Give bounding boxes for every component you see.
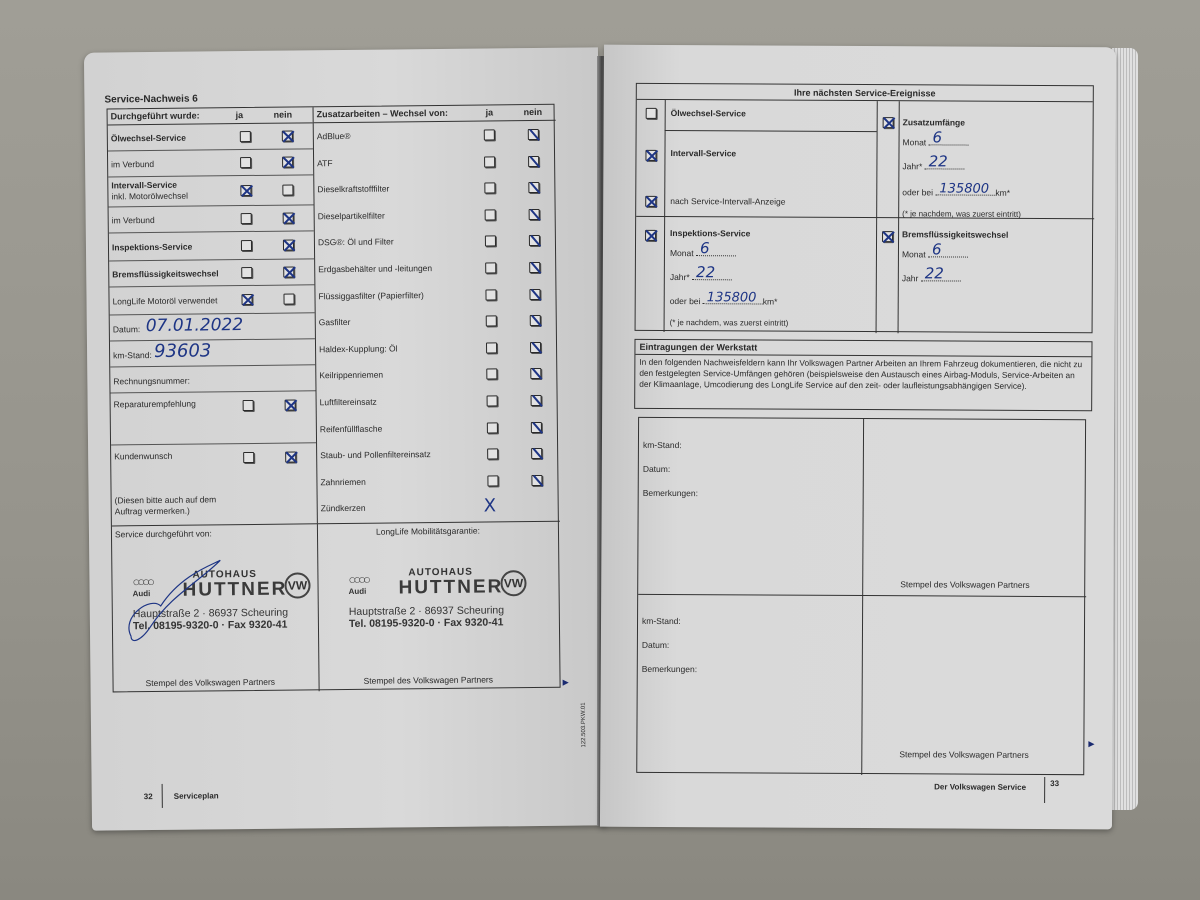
ja-checkbox[interactable] xyxy=(487,449,498,460)
brems-checkbox[interactable] xyxy=(882,231,893,242)
reparatur-ja-checkbox[interactable] xyxy=(243,400,254,411)
kundenwunsch-note: (Diesen bitte auch auf dem Auftrag verme… xyxy=(115,494,235,517)
longlife-dealer-stamp: ○○○○ Audi AUTOHAUS HUTTNER VW Hauptstraß… xyxy=(348,570,539,630)
kundenwunsch-nein-checkbox[interactable] xyxy=(285,452,296,463)
performed-column: Durchgeführt wurde: ja nein Ölwechsel-Se… xyxy=(108,107,318,525)
ja-checkbox[interactable] xyxy=(240,157,251,168)
extra-work-row: Flüssiggasfilter (Papierfilter) xyxy=(315,280,557,309)
nein-checkbox[interactable] xyxy=(529,209,540,220)
page-number: 33 xyxy=(1050,779,1059,788)
nein-checkbox[interactable] xyxy=(528,156,539,167)
vw-logo-icon: VW xyxy=(284,572,310,598)
reparaturempfehlung-row: Reparaturempfehlung xyxy=(111,391,317,445)
next-service-title: Ihre nächsten Service-Ereignisse xyxy=(637,84,1093,102)
service-by-stamp-area: Service durchgeführt von: ○○○○ Audi AUTO… xyxy=(112,523,320,693)
nein-checkbox[interactable] xyxy=(283,294,294,305)
reparatur-nein-checkbox[interactable] xyxy=(285,400,296,411)
zusatz-jahr[interactable]: 22 xyxy=(929,152,948,170)
nein-checkbox[interactable] xyxy=(282,157,293,168)
performed-row: Ölwechsel-Service xyxy=(108,123,313,151)
nein-checkbox[interactable] xyxy=(529,262,540,273)
nein-checkbox[interactable] xyxy=(282,131,293,142)
longlife-stamp-area: LongLife Mobilitätsgarantie: ○○○○ Audi A… xyxy=(318,521,562,692)
ja-checkbox[interactable] xyxy=(485,262,496,273)
performed-row: im Verbund xyxy=(109,205,314,233)
ja-checkbox[interactable] xyxy=(485,289,496,300)
extra-work-row: Keilrippenriemen xyxy=(316,360,558,389)
doc-code: 122.503.PKW.01 xyxy=(581,702,587,747)
extra-work-row: Luftfiltereinsatz xyxy=(316,387,558,416)
service-record-title: Service-Nachweis 6 xyxy=(104,94,198,106)
extra-work-row: Dieselkraftstofffilter xyxy=(314,174,556,203)
extra-work-row: Haldex-Kupplung: Öl xyxy=(316,334,558,363)
brems-monat[interactable]: 6 xyxy=(932,240,942,258)
zusatz-km[interactable]: 135800 xyxy=(939,181,989,196)
right-page: Ihre nächsten Service-Ereignisse Ölwechs… xyxy=(600,45,1116,830)
inspektion-monat[interactable]: 6 xyxy=(700,239,710,257)
werkstatt-entries: km-Stand: Datum: Bemerkungen: Stempel de… xyxy=(636,417,1086,775)
ja-checkbox[interactable] xyxy=(486,369,497,380)
nein-checkbox[interactable] xyxy=(529,289,540,300)
extra-work-row: Gasfilter xyxy=(316,307,558,336)
ja-checkbox[interactable] xyxy=(485,236,496,247)
nein-checkbox[interactable] xyxy=(529,235,540,246)
ja-checkbox[interactable] xyxy=(241,213,252,224)
oelwechsel-checkbox[interactable] xyxy=(646,108,657,119)
ja-checkbox[interactable] xyxy=(487,422,498,433)
inspektion-jahr[interactable]: 22 xyxy=(696,263,715,281)
km-stand-value[interactable]: 93603 xyxy=(154,340,211,362)
inspektion-checkbox[interactable] xyxy=(645,230,656,241)
next-arrow-icon: ▶ xyxy=(563,678,569,687)
nein-checkbox[interactable] xyxy=(283,267,294,278)
ja-checkbox[interactable] xyxy=(241,267,252,278)
ja-checkbox[interactable] xyxy=(484,129,495,140)
vw-logo-icon: VW xyxy=(500,570,526,596)
signature xyxy=(120,555,231,646)
nein-checkbox[interactable] xyxy=(282,185,293,196)
datum-value[interactable]: 07.01.2022 xyxy=(146,315,244,336)
extra-work-row: Zahnriemen xyxy=(317,466,559,495)
section-name: Der Volkswagen Service xyxy=(934,782,1026,791)
page-number: 32 xyxy=(144,792,153,801)
km-stand-row: km-Stand: 93603 xyxy=(110,339,315,367)
section-name: Serviceplan xyxy=(174,791,219,800)
ja-checkbox[interactable] xyxy=(240,185,251,196)
nein-checkbox[interactable] xyxy=(531,395,542,406)
extra-work-row: Staub- und Pollenfiltereinsatz xyxy=(317,440,559,469)
performed-row: Bremsflüssigkeitswechsel xyxy=(109,259,314,287)
ja-checkbox[interactable] xyxy=(486,316,497,327)
ja-checkbox[interactable] xyxy=(484,156,495,167)
extra-work-column: Zusatzarbeiten – Wechsel von: ja nein Ad… xyxy=(314,105,560,524)
nein-checkbox[interactable] xyxy=(531,475,542,486)
inspektion-km[interactable]: 135800 xyxy=(707,290,757,305)
ja-checkbox[interactable] xyxy=(484,183,495,194)
datum-row: Datum: 07.01.2022 xyxy=(110,313,315,341)
performed-row: Inspektions-Service xyxy=(109,231,314,261)
ja-checkbox[interactable] xyxy=(487,395,498,406)
intervall-checkbox[interactable] xyxy=(645,150,656,161)
performed-row: Intervall-Serviceinkl. Motorölwechsel xyxy=(108,175,313,207)
ja-checkbox[interactable] xyxy=(486,342,497,353)
nein-checkbox[interactable] xyxy=(530,315,541,326)
ja-checkbox[interactable] xyxy=(241,294,252,305)
nein-checkbox[interactable] xyxy=(530,368,541,379)
extra-work-row: Erdgasbehälter und -leitungen xyxy=(315,254,557,283)
nein-checkbox[interactable] xyxy=(283,240,294,251)
brems-jahr[interactable]: 22 xyxy=(925,264,944,282)
performed-row: LongLife Motoröl verwendet xyxy=(109,285,314,315)
extra-work-row: DSG®: Öl und Filter xyxy=(315,227,557,256)
nein-checkbox[interactable] xyxy=(531,448,542,459)
ja-checkbox[interactable] xyxy=(487,475,498,486)
extra-work-row: ATF xyxy=(314,147,556,176)
extra-work-row: ZündkerzenX xyxy=(318,493,560,522)
next-service-events: Ihre nächsten Service-Ereignisse Ölwechs… xyxy=(635,83,1094,333)
ja-checkbox[interactable] xyxy=(241,240,252,251)
service-record-form: Durchgeführt wurde: ja nein Ölwechsel-Se… xyxy=(107,104,561,693)
handwritten-x-mark: X xyxy=(484,496,497,517)
nein-checkbox[interactable] xyxy=(528,182,539,193)
next-arrow-icon: ▶ xyxy=(1088,739,1094,748)
nein-checkbox[interactable] xyxy=(530,342,541,353)
performed-row: im Verbund xyxy=(108,149,313,177)
extra-work-row: Dieselpartikelfilter xyxy=(315,201,557,230)
werkstatt-info: Eintragungen der Werkstatt In den folgen… xyxy=(634,339,1092,411)
extra-work-row: AdBlue® xyxy=(314,121,556,150)
zusatz-monat[interactable]: 6 xyxy=(933,128,943,146)
left-page: Service-Nachweis 6 Durchgeführt wurde: j… xyxy=(84,47,606,830)
kundenwunsch-row: Kundenwunsch (Diesen bitte auch auf dem … xyxy=(111,443,317,525)
intervall-anzeige-checkbox[interactable] xyxy=(645,196,656,207)
zusatz-checkbox[interactable] xyxy=(883,117,894,128)
extra-work-row: Reifenfüllflasche xyxy=(317,413,559,442)
ja-checkbox[interactable] xyxy=(240,131,251,142)
nein-checkbox[interactable] xyxy=(528,129,539,140)
page-stack-edge xyxy=(1112,48,1138,810)
ja-checkbox[interactable] xyxy=(485,209,496,220)
nein-checkbox[interactable] xyxy=(283,213,294,224)
rechnungsnummer-row: Rechnungsnummer: xyxy=(110,365,315,393)
nein-checkbox[interactable] xyxy=(531,421,542,432)
kundenwunsch-ja-checkbox[interactable] xyxy=(243,452,254,463)
